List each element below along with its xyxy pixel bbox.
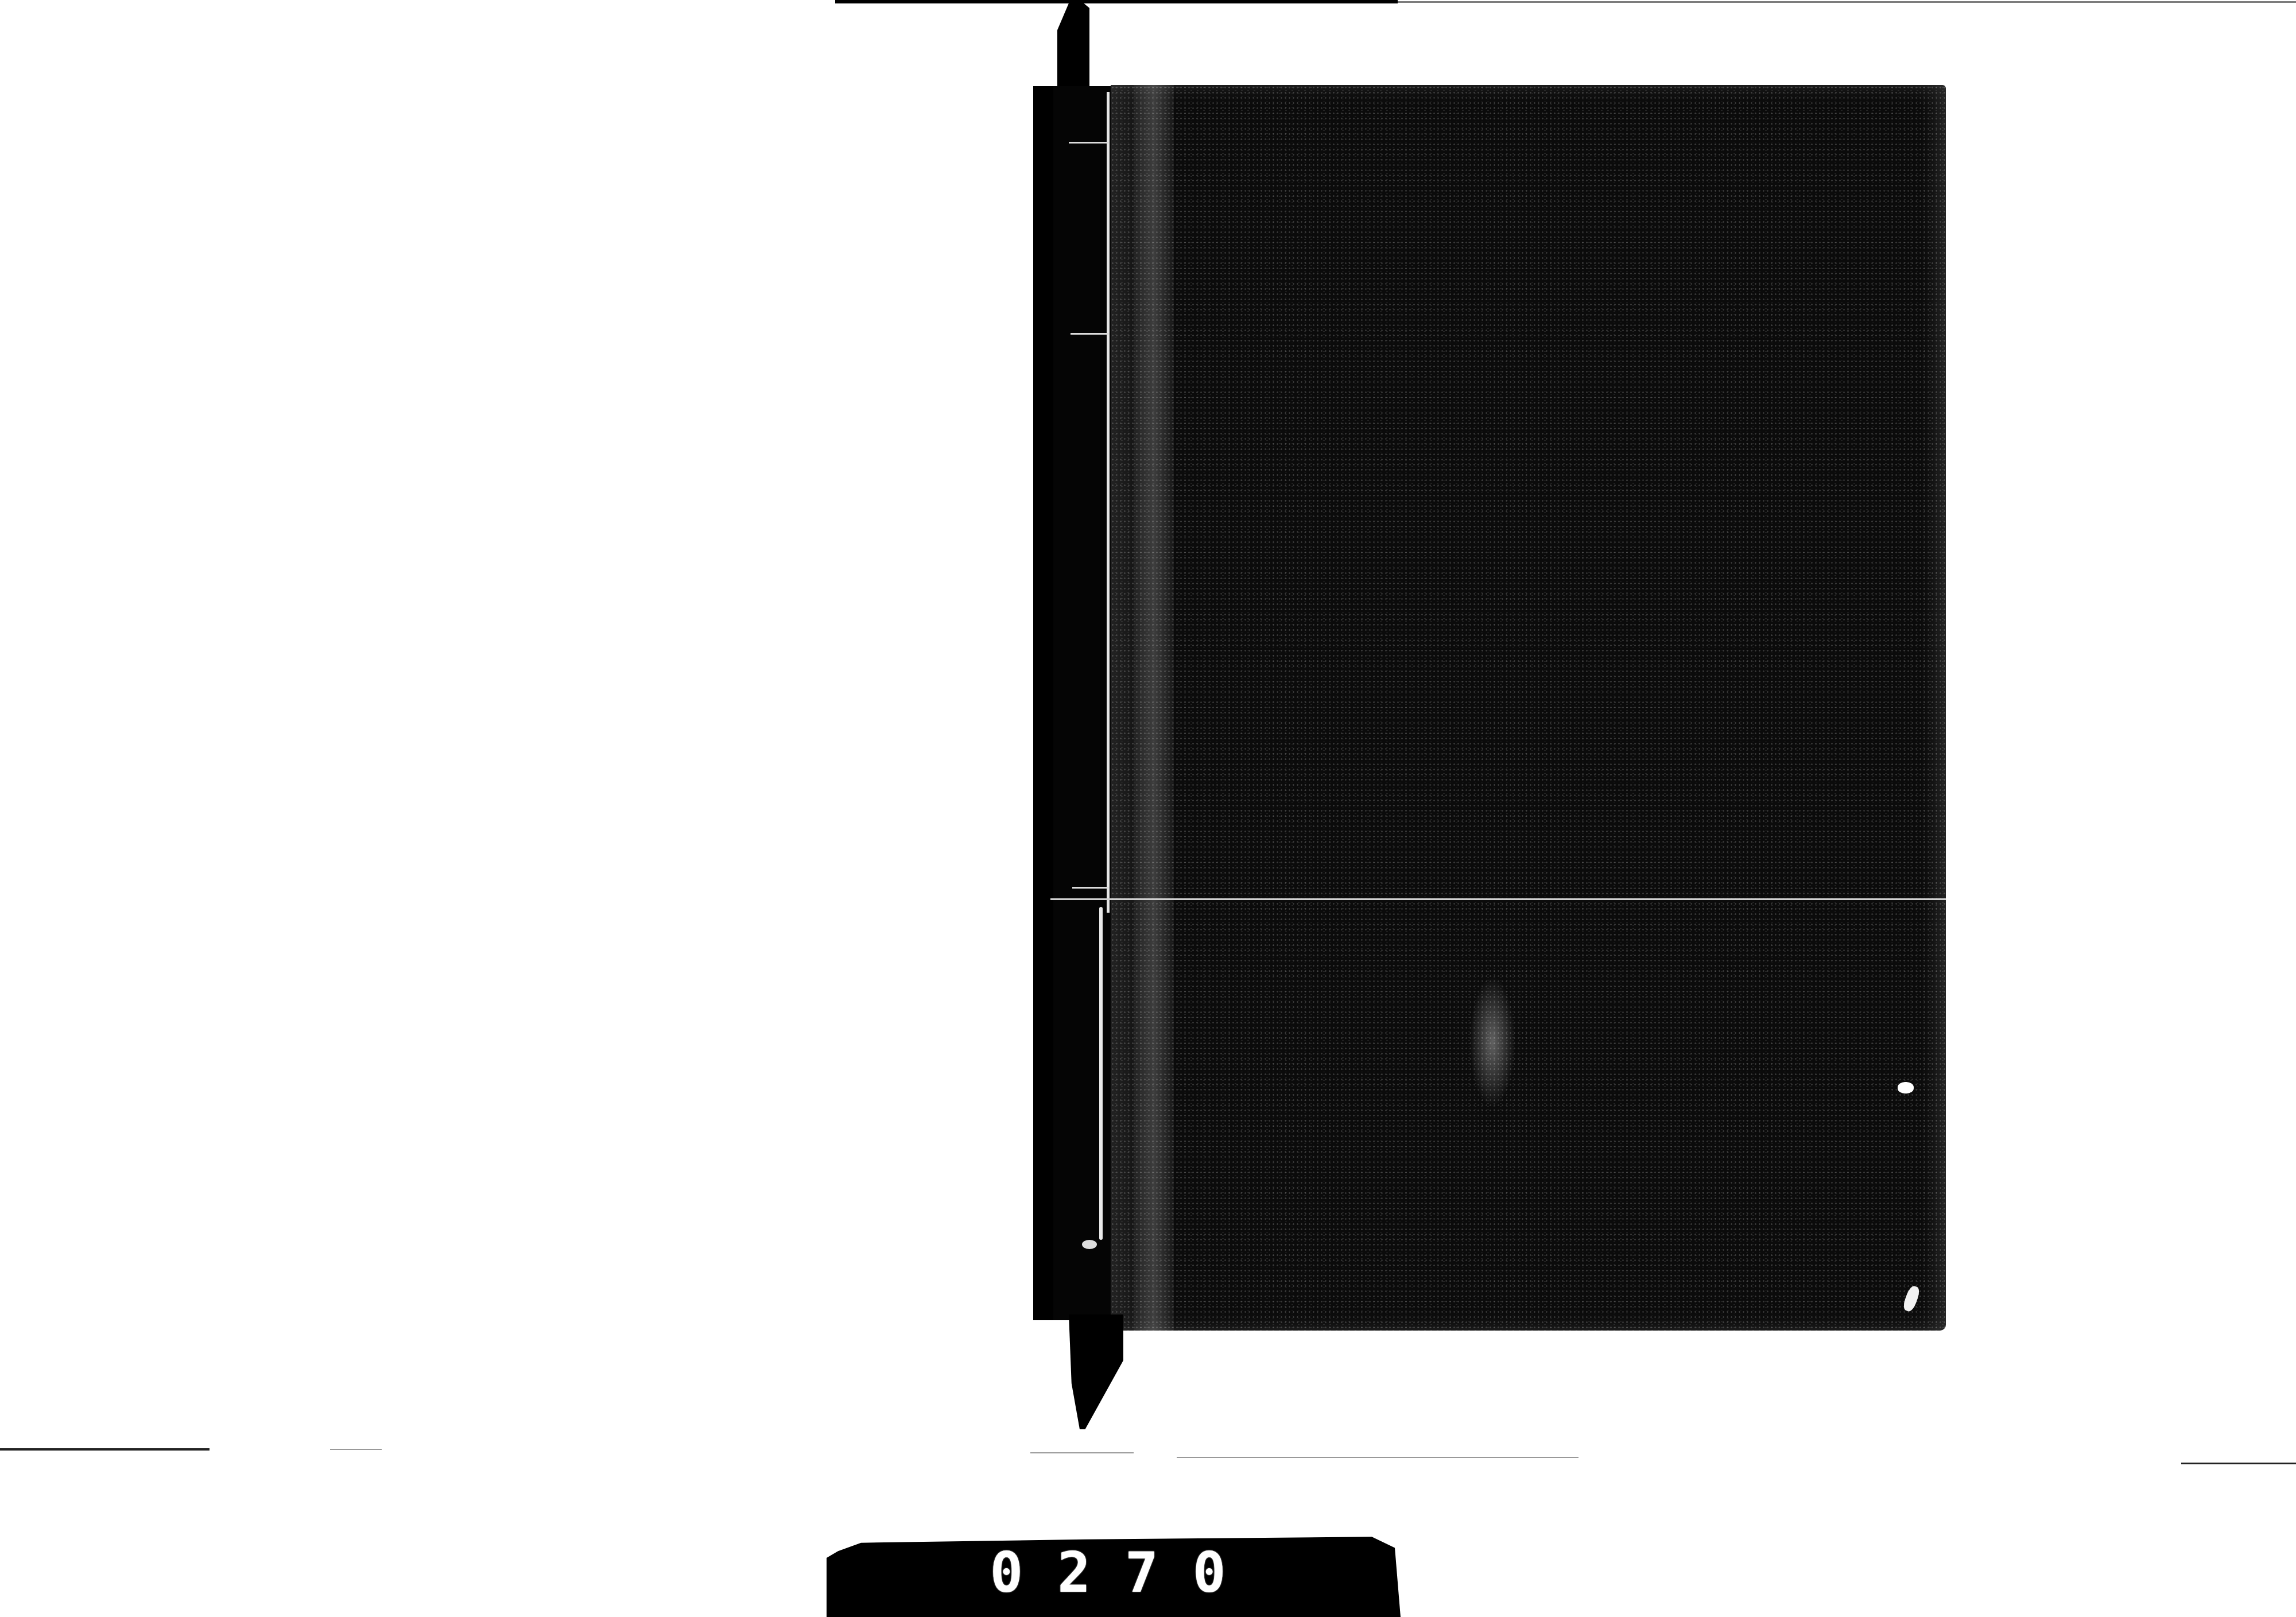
cover-wear-mark (1469, 976, 1515, 1108)
cover-hinge-band (1134, 85, 1174, 1331)
book-cover (1111, 85, 1946, 1331)
binding-eyelet (1082, 1240, 1097, 1249)
bookmark-tab-top (1057, 0, 1089, 100)
cover-damage-spot (1898, 1082, 1914, 1093)
bookmark-tab-bottom (1069, 1314, 1123, 1429)
bottom-scan-rule (1177, 1457, 1578, 1458)
binding-stitch-mark (1069, 142, 1109, 144)
scan-artifact-line (1050, 898, 1946, 900)
binding-stitch-mark (1072, 887, 1110, 889)
binding-thread (1107, 92, 1110, 913)
bottom-scan-rule (2181, 1463, 2296, 1464)
bottom-scan-rule (1030, 1452, 1134, 1453)
top-scan-rule-faint (1398, 1, 2296, 3)
spine-edge (1033, 86, 1053, 1320)
binding-stitch-mark (1071, 333, 1110, 335)
bottom-scan-rule (330, 1449, 382, 1450)
top-scan-rule (835, 0, 1398, 3)
bottom-scan-rule (0, 1448, 210, 1451)
binding-cord (1099, 907, 1103, 1240)
frame-number: 0270 (827, 1538, 1401, 1607)
